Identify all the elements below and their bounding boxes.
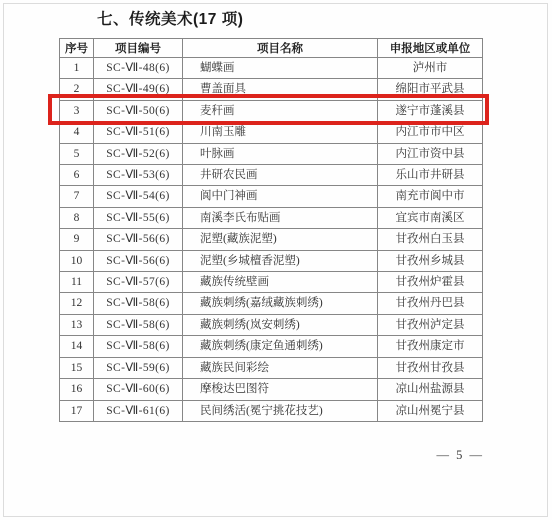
project-name-cell: 麦秆画 bbox=[183, 100, 378, 121]
serial-number-cell: 12 bbox=[60, 293, 94, 314]
project-name-cell: 藏族刺绣(康定鱼通刺绣) bbox=[183, 336, 378, 357]
declaring-unit-cell: 甘孜州泸定县 bbox=[378, 314, 483, 335]
table-row: 16SC-Ⅶ-60(6)摩梭达巴图符凉山州盐源县 bbox=[60, 379, 483, 400]
project-name-cell: 民间绣活(冕宁挑花技艺) bbox=[183, 400, 378, 421]
section-title: 七、传统美术(17 项) bbox=[97, 7, 243, 29]
table-row: 12SC-Ⅶ-58(6)藏族刺绣(嘉绒藏族刺绣)甘孜州丹巴县 bbox=[60, 293, 483, 314]
project-code-cell: SC-Ⅶ-58(6) bbox=[94, 336, 183, 357]
table-row: 9SC-Ⅶ-56(6)泥塑(藏族泥塑)甘孜州白玉县 bbox=[60, 229, 483, 250]
table-row: 13SC-Ⅶ-58(6)藏族刺绣(岚安刺绣)甘孜州泸定县 bbox=[60, 314, 483, 335]
declaring-unit-cell: 甘孜州乡城县 bbox=[378, 250, 483, 271]
project-name-cell: 阆中门神画 bbox=[183, 186, 378, 207]
project-code-cell: SC-Ⅶ-59(6) bbox=[94, 357, 183, 378]
project-code-cell: SC-Ⅶ-60(6) bbox=[94, 379, 183, 400]
serial-number-cell: 6 bbox=[60, 165, 94, 186]
declaring-unit-cell: 乐山市井研县 bbox=[378, 165, 483, 186]
project-code-cell: SC-Ⅶ-54(6) bbox=[94, 186, 183, 207]
serial-number-cell: 4 bbox=[60, 122, 94, 143]
table-row: 2SC-Ⅶ-49(6)曹盖面具绵阳市平武县 bbox=[60, 79, 483, 100]
project-name-cell: 藏族刺绣(嘉绒藏族刺绣) bbox=[183, 293, 378, 314]
table-row: 8SC-Ⅶ-55(6)南溪李氏布贴画宜宾市南溪区 bbox=[60, 207, 483, 228]
column-header-code: 项目编号 bbox=[94, 39, 183, 58]
table-row: 3SC-Ⅶ-50(6)麦秆画遂宁市蓬溪县 bbox=[60, 100, 483, 121]
project-code-cell: SC-Ⅶ-49(6) bbox=[94, 79, 183, 100]
serial-number-cell: 7 bbox=[60, 186, 94, 207]
declaring-unit-cell: 凉山州盐源县 bbox=[378, 379, 483, 400]
serial-number-cell: 14 bbox=[60, 336, 94, 357]
table-row: 6SC-Ⅶ-53(6)井研农民画乐山市井研县 bbox=[60, 165, 483, 186]
declaring-unit-cell: 甘孜州丹巴县 bbox=[378, 293, 483, 314]
table-row: 5SC-Ⅶ-52(6)叶脉画内江市资中县 bbox=[60, 143, 483, 164]
serial-number-cell: 8 bbox=[60, 207, 94, 228]
serial-number-cell: 13 bbox=[60, 314, 94, 335]
project-code-cell: SC-Ⅶ-50(6) bbox=[94, 100, 183, 121]
table-row: 11SC-Ⅶ-57(6)藏族传统壁画甘孜州炉霍县 bbox=[60, 272, 483, 293]
serial-number-cell: 9 bbox=[60, 229, 94, 250]
project-name-cell: 川南玉雕 bbox=[183, 122, 378, 143]
serial-number-cell: 3 bbox=[60, 100, 94, 121]
serial-number-cell: 10 bbox=[60, 250, 94, 271]
declaring-unit-cell: 南充市阆中市 bbox=[378, 186, 483, 207]
serial-number-cell: 1 bbox=[60, 58, 94, 79]
heritage-items-table: 序号 项目编号 项目名称 申报地区或单位 1SC-Ⅶ-48(6)蝴蝶画泸州市2S… bbox=[59, 38, 483, 422]
serial-number-cell: 16 bbox=[60, 379, 94, 400]
table-row: 17SC-Ⅶ-61(6)民间绣活(冕宁挑花技艺)凉山州冕宁县 bbox=[60, 400, 483, 421]
project-name-cell: 藏族传统壁画 bbox=[183, 272, 378, 293]
column-header-name: 项目名称 bbox=[183, 39, 378, 58]
declaring-unit-cell: 甘孜州白玉县 bbox=[378, 229, 483, 250]
project-code-cell: SC-Ⅶ-58(6) bbox=[94, 293, 183, 314]
column-header-serial: 序号 bbox=[60, 39, 94, 58]
declaring-unit-cell: 甘孜州炉霍县 bbox=[378, 272, 483, 293]
table-row: 10SC-Ⅶ-56(6)泥塑(乡城檀香泥塑)甘孜州乡城县 bbox=[60, 250, 483, 271]
project-name-cell: 藏族刺绣(岚安刺绣) bbox=[183, 314, 378, 335]
column-header-unit: 申报地区或单位 bbox=[378, 39, 483, 58]
serial-number-cell: 11 bbox=[60, 272, 94, 293]
serial-number-cell: 5 bbox=[60, 143, 94, 164]
project-name-cell: 泥塑(乡城檀香泥塑) bbox=[183, 250, 378, 271]
project-code-cell: SC-Ⅶ-56(6) bbox=[94, 250, 183, 271]
project-name-cell: 摩梭达巴图符 bbox=[183, 379, 378, 400]
document-page: 七、传统美术(17 项) 序号 项目编号 项目名称 申报地区或单位 1SC-Ⅶ-… bbox=[0, 0, 552, 520]
table-row: 4SC-Ⅶ-51(6)川南玉雕内江市市中区 bbox=[60, 122, 483, 143]
declaring-unit-cell: 凉山州冕宁县 bbox=[378, 400, 483, 421]
table-row: 7SC-Ⅶ-54(6)阆中门神画南充市阆中市 bbox=[60, 186, 483, 207]
project-code-cell: SC-Ⅶ-48(6) bbox=[94, 58, 183, 79]
declaring-unit-cell: 甘孜州康定市 bbox=[378, 336, 483, 357]
serial-number-cell: 2 bbox=[60, 79, 94, 100]
project-code-cell: SC-Ⅶ-52(6) bbox=[94, 143, 183, 164]
declaring-unit-cell: 内江市资中县 bbox=[378, 143, 483, 164]
declaring-unit-cell: 甘孜州甘孜县 bbox=[378, 357, 483, 378]
declaring-unit-cell: 绵阳市平武县 bbox=[378, 79, 483, 100]
project-code-cell: SC-Ⅶ-61(6) bbox=[94, 400, 183, 421]
serial-number-cell: 17 bbox=[60, 400, 94, 421]
project-name-cell: 井研农民画 bbox=[183, 165, 378, 186]
project-code-cell: SC-Ⅶ-51(6) bbox=[94, 122, 183, 143]
table-header-row: 序号 项目编号 项目名称 申报地区或单位 bbox=[60, 39, 483, 58]
declaring-unit-cell: 宜宾市南溪区 bbox=[378, 207, 483, 228]
table-row: 1SC-Ⅶ-48(6)蝴蝶画泸州市 bbox=[60, 58, 483, 79]
project-name-cell: 南溪李氏布贴画 bbox=[183, 207, 378, 228]
project-name-cell: 蝴蝶画 bbox=[183, 58, 378, 79]
project-code-cell: SC-Ⅶ-58(6) bbox=[94, 314, 183, 335]
table-row: 15SC-Ⅶ-59(6)藏族民间彩绘甘孜州甘孜县 bbox=[60, 357, 483, 378]
project-code-cell: SC-Ⅶ-55(6) bbox=[94, 207, 183, 228]
table-row: 14SC-Ⅶ-58(6)藏族刺绣(康定鱼通刺绣)甘孜州康定市 bbox=[60, 336, 483, 357]
project-name-cell: 泥塑(藏族泥塑) bbox=[183, 229, 378, 250]
project-name-cell: 藏族民间彩绘 bbox=[183, 357, 378, 378]
project-name-cell: 曹盖面具 bbox=[183, 79, 378, 100]
declaring-unit-cell: 内江市市中区 bbox=[378, 122, 483, 143]
project-code-cell: SC-Ⅶ-56(6) bbox=[94, 229, 183, 250]
project-name-cell: 叶脉画 bbox=[183, 143, 378, 164]
declaring-unit-cell: 遂宁市蓬溪县 bbox=[378, 100, 483, 121]
declaring-unit-cell: 泸州市 bbox=[378, 58, 483, 79]
serial-number-cell: 15 bbox=[60, 357, 94, 378]
page-number: — 5 — bbox=[437, 448, 485, 463]
project-code-cell: SC-Ⅶ-57(6) bbox=[94, 272, 183, 293]
project-code-cell: SC-Ⅶ-53(6) bbox=[94, 165, 183, 186]
